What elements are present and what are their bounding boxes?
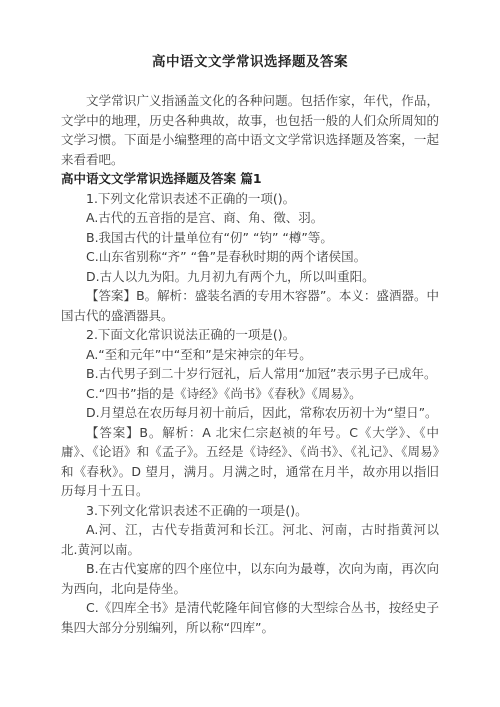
section-heading: 高中语文文学常识选择题及答案 篇1 (61, 169, 439, 189)
paragraph: C.山东省别称“齐” “鲁”是春秋时期的两个诸侯国。 (61, 247, 439, 267)
paragraph: 3.下列文化常识表述不正确的一项是()。 (61, 501, 439, 521)
document-content: 高中语文文学常识选择题及答案 文学常识广义指涵盖文化的各种问题。包括作家，年代，… (0, 0, 500, 637)
paragraph: 【答案】B。解析：A 北宋仁宗赵祯的年号。C《大学》、《中庸》、《论语》和《孟子… (61, 423, 439, 501)
paragraph: C.“四书”指的是《诗经》《尚书》《春秋》《周易》。 (61, 384, 439, 404)
paragraph: A.古代的五音指的是宫、商、角、徵、羽。 (61, 208, 439, 228)
paragraph: C.《四库全书》是清代乾隆年间官修的大型综合丛书，按经史子集四大部分分别编列，所… (61, 598, 439, 637)
paragraph: 2.下面文化常识说法正确的一项是()。 (61, 325, 439, 345)
paragraph: 【答案】B。解析：盛装名酒的专用木容器”。本义：盛酒器。中国古代的盛酒器具。 (61, 286, 439, 325)
paragraph: B.在古代宴席的四个座位中，以东向为最尊，次向为南，再次向为西向，北向是侍坐。 (61, 559, 439, 598)
paragraph: A.“至和元年”中“至和”是宋神宗的年号。 (61, 345, 439, 365)
paragraph: B.我国古代的计量单位有“仞” “钧” “樽”等。 (61, 228, 439, 248)
paragraph: D.古人以九为阳。九月初九有两个九，所以叫重阳。 (61, 267, 439, 287)
paragraph: D.月望总在农历每月初十前后，因此，常称农历初十为“望日”。 (61, 403, 439, 423)
paragraph: 1.下列文化常识表述不正确的一项()。 (61, 189, 439, 209)
paragraph: 文学常识广义指涵盖文化的各种问题。包括作家，年代，作品，文学中的地理，历史各种典… (61, 91, 439, 169)
document-page: 高中语文文学常识选择题及答案 文学常识广义指涵盖文化的各种问题。包括作家，年代，… (0, 0, 500, 707)
paragraph: A.河、江，古代专指黄河和长江。河北、河南，古时指黄河以北.黄河以南。 (61, 520, 439, 559)
paragraph: B.古代男子到二十岁行冠礼，后人常用“加冠”表示男子已成年。 (61, 364, 439, 384)
document-body: 文学常识广义指涵盖文化的各种问题。包括作家，年代，作品，文学中的地理，历史各种典… (61, 91, 439, 637)
page-title: 高中语文文学常识选择题及答案 (61, 52, 439, 72)
